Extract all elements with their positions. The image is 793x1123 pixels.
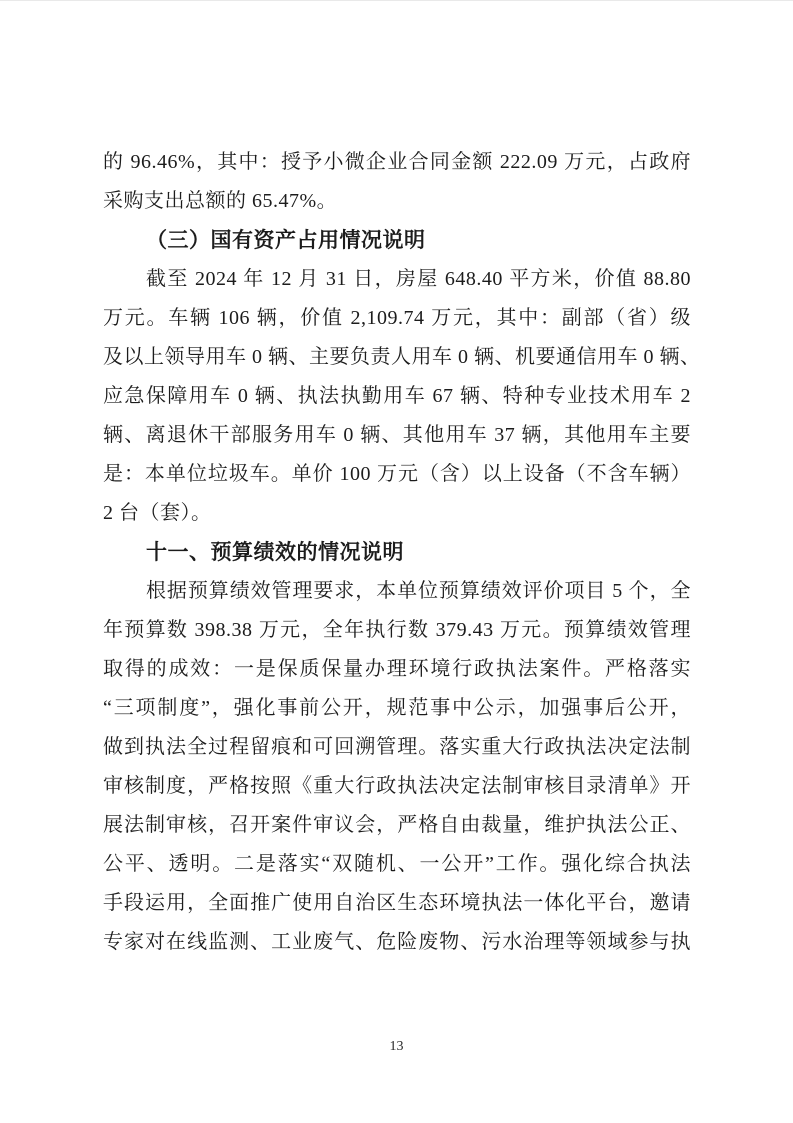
- section-heading: 十一、预算绩效的情况说明: [103, 533, 691, 572]
- text-line: 辆、离退休干部服务用车 0 辆、其他用车 37 辆，其他用车主要: [103, 416, 691, 455]
- text-line: 公平、透明。二是落实“双随机、一公开”工作。强化综合执法: [103, 845, 691, 884]
- text-line: 专家对在线监测、工业废气、危险废物、污水治理等领域参与执: [103, 923, 691, 962]
- text-line: 的 96.46%，其中：授予小微企业合同金额 222.09 万元，占政府: [103, 143, 691, 182]
- document-page: 的 96.46%，其中：授予小微企业合同金额 222.09 万元，占政府采购支出…: [0, 0, 793, 1123]
- text-line: 2 台（套）。: [103, 494, 691, 533]
- text-line: 展法制审核，召开案件审议会，严格自由裁量，维护执法公正、: [103, 806, 691, 845]
- page-number: 13: [0, 1039, 793, 1055]
- text-line: 手段运用，全面推广使用自治区生态环境执法一体化平台，邀请: [103, 884, 691, 923]
- text-line: 审核制度，严格按照《重大行政执法决定法制审核目录清单》开: [103, 767, 691, 806]
- text-line: 采购支出总额的 65.47%。: [103, 182, 691, 221]
- text-line: 根据预算绩效管理要求，本单位预算绩效评价项目 5 个，全: [103, 572, 691, 611]
- text-line: 年预算数 398.38 万元，全年执行数 379.43 万元。预算绩效管理: [103, 611, 691, 650]
- text-line: 及以上领导用车 0 辆、主要负责人用车 0 辆、机要通信用车 0 辆、: [103, 338, 691, 377]
- text-line: 是：本单位垃圾车。单价 100 万元（含）以上设备（不含车辆）: [103, 455, 691, 494]
- subsection-heading: （三）国有资产占用情况说明: [103, 221, 691, 260]
- document-body: 的 96.46%，其中：授予小微企业合同金额 222.09 万元，占政府采购支出…: [103, 143, 691, 962]
- text-line: “三项制度”，强化事前公开，规范事中公示，加强事后公开，: [103, 689, 691, 728]
- text-line: 应急保障用车 0 辆、执法执勤用车 67 辆、特种专业技术用车 2: [103, 377, 691, 416]
- text-line: 万元。车辆 106 辆，价值 2,109.74 万元，其中：副部（省）级: [103, 299, 691, 338]
- text-line: 取得的成效：一是保质保量办理环境行政执法案件。严格落实: [103, 650, 691, 689]
- text-line: 做到执法全过程留痕和可回溯管理。落实重大行政执法决定法制: [103, 728, 691, 767]
- text-line: 截至 2024 年 12 月 31 日，房屋 648.40 平方米，价值 88.…: [103, 260, 691, 299]
